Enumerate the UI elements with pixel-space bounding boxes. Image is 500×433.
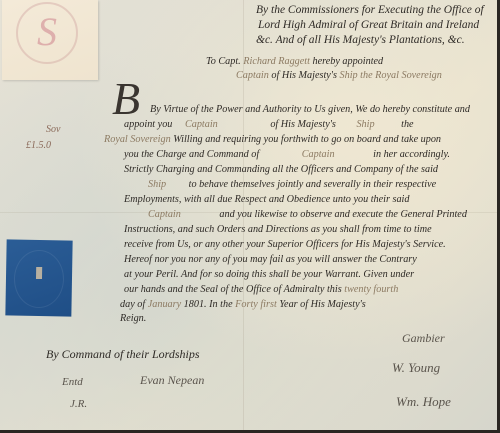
vessel-name: the Royal Sovereign — [360, 70, 442, 81]
seal-monogram-icon: S — [16, 2, 78, 64]
body-line-13: our hands and the Seal of the Office of … — [124, 284, 398, 295]
blue-wafer-seal — [5, 239, 72, 316]
body-line-11: Hereof nor you nor any of you may fail a… — [124, 254, 417, 265]
body-line-10: receive from Us, or any other your Super… — [124, 239, 446, 250]
heading-line-1: By the Commissioners for Executing the O… — [256, 4, 484, 16]
secretary-signature: Evan Nepean — [140, 373, 204, 388]
address-prefix: To Capt. — [206, 56, 241, 67]
signature-hope: Wm. Hope — [396, 394, 451, 410]
seal-wear-mark — [36, 267, 42, 279]
signature-gambier: Gambier — [402, 331, 445, 346]
rank: Captain — [236, 70, 269, 81]
entry-note-entd: Entd — [62, 376, 83, 388]
body-line-14: day of January 1801. In the Forty first … — [120, 299, 366, 310]
commission-document: S By the Commissioners for Executing the… — [0, 0, 497, 430]
body-line-4: you the Charge and Command of Captain in… — [124, 149, 450, 160]
body-line-5: Strictly Charging and Commanding all the… — [124, 164, 438, 175]
body-line-8: Captain and you likewise to observe and … — [148, 209, 467, 220]
recipient-name: Richard Raggett — [243, 56, 310, 67]
body-line-15: Reign. — [120, 313, 146, 324]
vessel-type: Ship — [340, 70, 358, 81]
body-line-6: Ship to behave themselves jointly and se… — [148, 179, 436, 190]
signature-young: W. Young — [392, 360, 440, 376]
body-line-1: By Virtue of the Power and Authority to … — [150, 104, 470, 115]
body-line-9: Instructions, and such Orders and Direct… — [124, 224, 432, 235]
heading-line-2: Lord High Admiral of Great Britain and I… — [258, 19, 479, 31]
address-suffix: hereby appointed — [313, 56, 384, 67]
body-line-2: appoint you Captain of His Majesty's Shi… — [124, 119, 414, 130]
decorative-initial-b: B — [112, 74, 162, 124]
body-line-3: Royal Sovereign Willing and requiring yo… — [104, 134, 441, 145]
heading-line-3: &c. And of all His Majesty's Plantations… — [256, 34, 465, 46]
entry-note-initials: J.R. — [70, 398, 87, 410]
body-line-7: Employments, with all due Respect and Ob… — [124, 194, 409, 205]
embossed-paper-seal: S — [2, 0, 98, 80]
address-mid: of His Majesty's — [271, 70, 337, 81]
address-line-2: Captain of His Majesty's Ship the Royal … — [236, 70, 442, 81]
margin-fee-note: £1.5.0 — [26, 140, 51, 151]
address-line-1: To Capt. Richard Raggett hereby appointe… — [206, 56, 383, 67]
body-line-12: at your Peril. And for so doing this sha… — [124, 269, 414, 280]
command-line: By Command of their Lordships — [46, 347, 200, 362]
margin-label: Sov — [46, 124, 60, 135]
